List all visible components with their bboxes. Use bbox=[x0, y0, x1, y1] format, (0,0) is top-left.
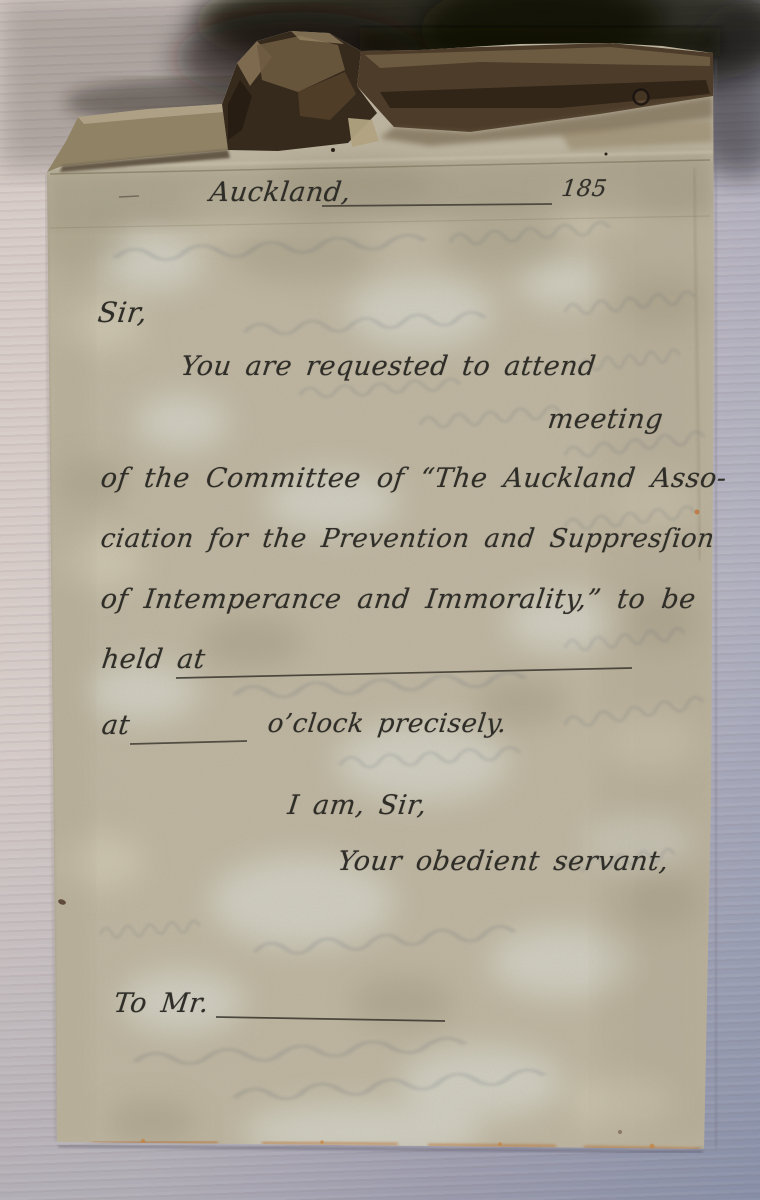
addressee-label: To Mr. bbox=[112, 988, 211, 1019]
held-at-label: held at bbox=[100, 644, 207, 675]
meeting-word: meeting bbox=[546, 404, 665, 435]
photo-of-document: Auckland, 185 Sir, You are requested to … bbox=[0, 0, 760, 1200]
request-line: You are requested to attend bbox=[179, 351, 598, 382]
committee-line-3: of Intemperance and Immorality,” to be bbox=[99, 584, 698, 615]
printed-text-layer: Auckland, 185 Sir, You are requested to … bbox=[0, 0, 760, 1200]
committee-line-2: ciation for the Prevention and Suppresſi… bbox=[99, 524, 716, 554]
oclock-precisely-text: o’clock precisely. bbox=[266, 709, 509, 739]
committee-line-1: of the Committee of “The Auckland Asso- bbox=[99, 463, 728, 494]
dateline-year-prefix: 185 bbox=[560, 176, 609, 202]
at-label: at bbox=[100, 710, 132, 741]
closing-line-1: I am, Sir, bbox=[286, 790, 429, 821]
closing-line-2: Your obedient servant, bbox=[336, 846, 671, 877]
dateline-place: Auckland, bbox=[208, 177, 353, 208]
salutation: Sir, bbox=[96, 296, 149, 329]
